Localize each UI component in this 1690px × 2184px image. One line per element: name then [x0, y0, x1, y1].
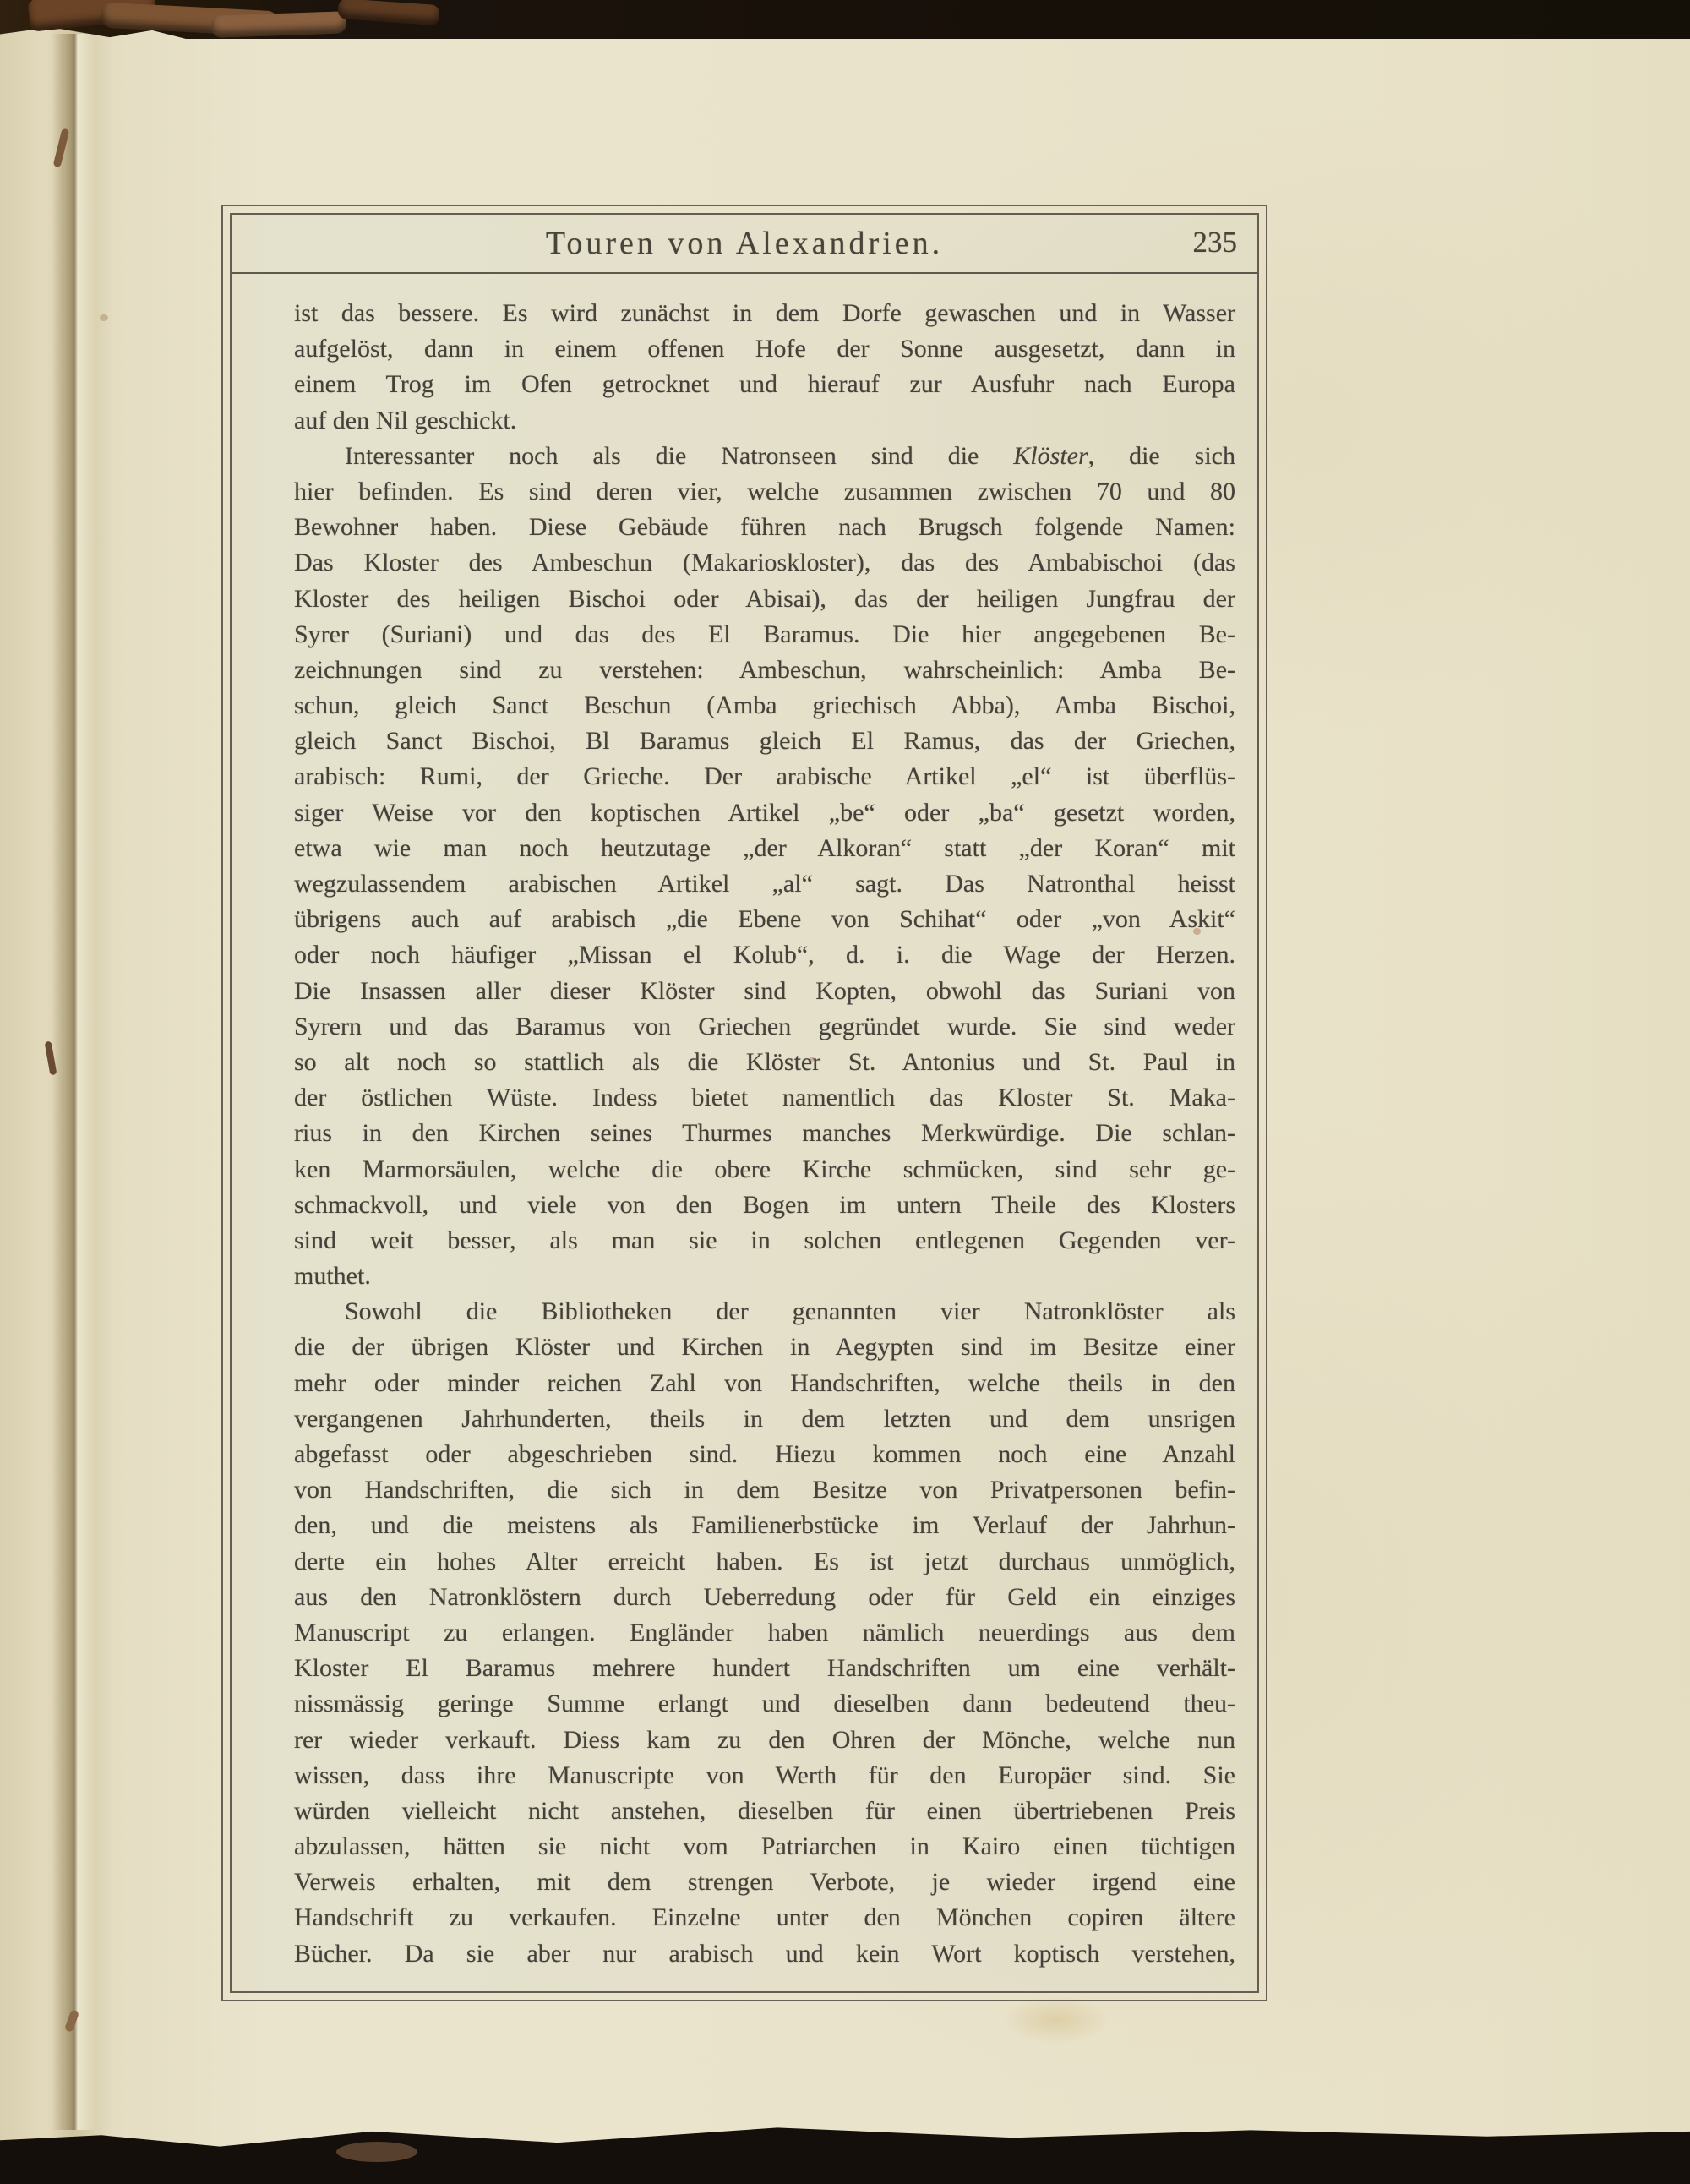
text-line: etwa wie man noch heutzutage „der Alkora… — [294, 831, 1235, 866]
text-line: Das Kloster des Ambeschun (Makariosklost… — [294, 545, 1235, 581]
text-line: vergangenen Jahrhunderten, theils in dem… — [294, 1401, 1235, 1437]
page-header: Touren von Alexandrien. 235 — [232, 215, 1257, 274]
text-line: abzulassen, hätten sie nicht vom Patriar… — [294, 1829, 1235, 1865]
text-line: Die Insassen aller dieser Klöster sind K… — [294, 974, 1235, 1009]
text-line: nissmässig geringe Summe erlangt und die… — [294, 1686, 1235, 1722]
text-line: wegzulassendem arabischen Artikel „al“ s… — [294, 866, 1235, 902]
text-line: schmackvoll, und viele von den Bogen im … — [294, 1188, 1235, 1223]
text-line: oder noch häufiger „Missan el Kolub“, d.… — [294, 937, 1235, 973]
text-line: arabisch: Rumi, der Grieche. Der arabisc… — [294, 759, 1235, 794]
text-line: ken Marmorsäulen, welche die obere Kirch… — [294, 1152, 1235, 1188]
text-line: gleich Sanct Bischoi, Bl Baramus gleich … — [294, 723, 1235, 759]
text-line: schun, gleich Sanct Beschun (Amba griech… — [294, 688, 1235, 723]
text-frame-inner: Touren von Alexandrien. 235 ist das bess… — [230, 213, 1259, 1993]
running-title: Touren von Alexandrien. — [546, 225, 943, 262]
text-line: aus den Natronklöstern durch Ueberredung… — [294, 1580, 1235, 1615]
text-line: siger Weise vor den koptischen Artikel „… — [294, 795, 1235, 831]
text-segment: Interessanter noch als die Natronseen si… — [345, 442, 1013, 470]
text-line: rius in den Kirchen seines Thurmes manch… — [294, 1116, 1235, 1151]
text-line: ist das bessere. Es wird zunächst in dem… — [294, 296, 1235, 331]
text-line: Bücher. Da sie aber nur arabisch und kei… — [294, 1936, 1235, 1972]
text-line: abgefasst oder abgeschrieben sind. Hiezu… — [294, 1437, 1235, 1472]
page-gutter-crease — [52, 34, 96, 2130]
text-line: wissen, dass ihre Manuscripte von Werth … — [294, 1758, 1235, 1794]
book-bottom-edge-highlight — [336, 2142, 417, 2162]
text-line: den, und die meistens als Familienerbstü… — [294, 1508, 1235, 1543]
text-line: Interessanter noch als die Natronseen si… — [294, 439, 1235, 474]
text-line: Handschrift zu verkaufen. Einzelne unter… — [294, 1900, 1235, 1936]
text-line: übrigens auch auf arabisch „die Ebene vo… — [294, 902, 1235, 937]
text-line: Manuscript zu erlangen. Engländer haben … — [294, 1615, 1235, 1651]
text-line: rer wieder verkauft. Diess kam zu den Oh… — [294, 1723, 1235, 1758]
page-number: 235 — [1193, 226, 1238, 259]
text-line: so alt noch so stattlich als die Klöster… — [294, 1045, 1235, 1080]
text-line: einem Trog im Ofen getrocknet und hierau… — [294, 367, 1235, 402]
text-line: der östlichen Wüste. Indess bietet namen… — [294, 1080, 1235, 1116]
text-line: würden vielleicht nicht anstehen, diesel… — [294, 1794, 1235, 1829]
text-segment: , die sich — [1088, 442, 1235, 470]
text-line: muthet. — [294, 1259, 1235, 1294]
book-bottom-edge — [0, 2121, 1690, 2184]
text-line: Kloster des heiligen Bischoi oder Abisai… — [294, 581, 1235, 617]
text-line: Sowohl die Bibliotheken der genannten vi… — [294, 1294, 1235, 1330]
text-line: Bewohner haben. Diese Gebäude führen nac… — [294, 510, 1235, 545]
body-text: ist das bessere. Es wird zunächst in dem… — [232, 274, 1257, 1972]
text-line: auf den Nil geschickt. — [294, 403, 1235, 439]
text-line: zeichnungen sind zu verstehen: Ambeschun… — [294, 652, 1235, 688]
text-line: Syrern und das Baramus von Griechen gegr… — [294, 1009, 1235, 1045]
text-line: von Handschriften, die sich in dem Besit… — [294, 1472, 1235, 1508]
text-line: Kloster El Baramus mehrere hundert Hands… — [294, 1651, 1235, 1686]
italic-term: Klöster — [1013, 442, 1088, 470]
text-line: Syrer (Suriani) und das des El Baramus. … — [294, 617, 1235, 652]
text-line: die der übrigen Klöster und Kirchen in A… — [294, 1330, 1235, 1365]
text-frame-outer: Touren von Alexandrien. 235 ist das bess… — [221, 205, 1267, 2001]
text-line: aufgelöst, dann in einem offenen Hofe de… — [294, 331, 1235, 367]
text-line: sind weit besser, als man sie in solchen… — [294, 1223, 1235, 1259]
text-line: mehr oder minder reichen Zahl von Handsc… — [294, 1366, 1235, 1401]
text-line: Verweis erhalten, mit dem strengen Verbo… — [294, 1865, 1235, 1900]
paper-stain — [100, 314, 108, 321]
book-page-photo: { "page": { "header": { "title": "Touren… — [0, 0, 1690, 2184]
text-line: derte ein hohes Alter erreicht haben. Es… — [294, 1544, 1235, 1580]
text-line: hier befinden. Es sind deren vier, welch… — [294, 474, 1235, 510]
